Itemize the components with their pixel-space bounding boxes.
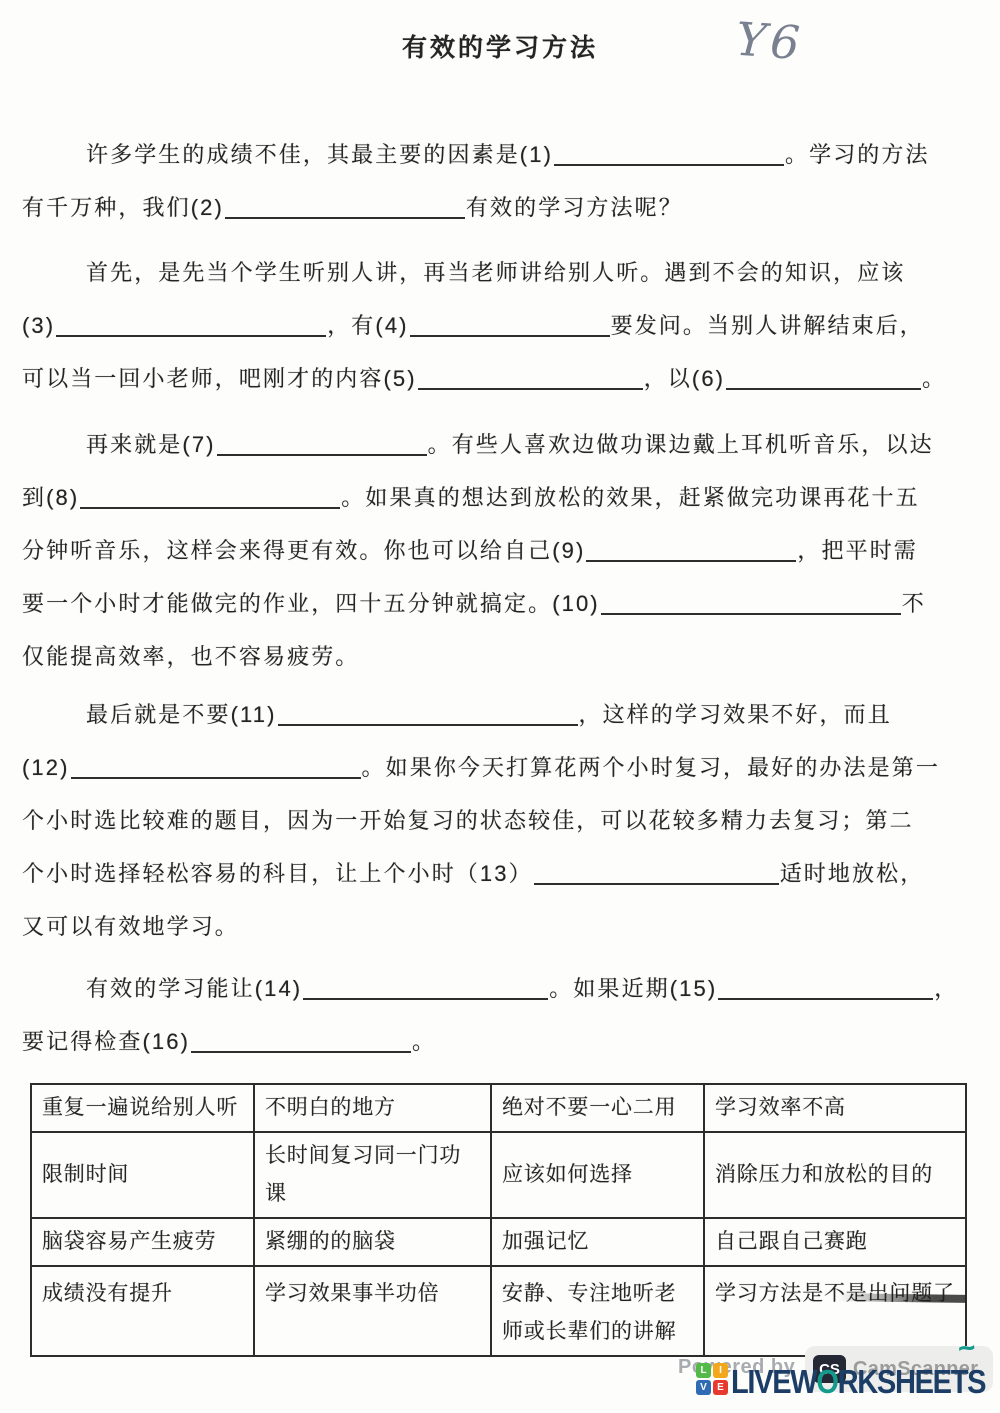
paragraph-2: 首先，是先当个学生听别人讲，再当老师讲给别人听。遇到不会的知识，应该(3)，有(… bbox=[22, 246, 972, 405]
paragraph-line: 个小时选择轻松容易的科目，让上个小时（13）适时地放松， bbox=[22, 847, 972, 900]
word-bank-cell: 自己跟自己赛跑 bbox=[704, 1218, 966, 1266]
text-segment: (3) bbox=[22, 313, 55, 338]
text-segment: ，这样的学习效果不好，而且 bbox=[579, 702, 892, 727]
word-bank-cell: 学习效果事半功倍 bbox=[254, 1266, 491, 1356]
word-bank-cell: 限制时间 bbox=[31, 1132, 254, 1218]
word-bank-row: 限制时间长时间复习同一门功课应该如何选择消除压力和放松的目的 bbox=[31, 1132, 966, 1218]
text-segment: (12) bbox=[22, 755, 70, 780]
text-segment: 首先，是先当个学生听别人讲，再当老师讲给别人听。遇到不会的知识，应该 bbox=[86, 260, 905, 285]
text-segment: 要记得检查(16) bbox=[22, 1029, 190, 1054]
paragraph-line: 又可以有效地学习。 bbox=[22, 900, 972, 953]
paragraph-line: 再来就是(7)。有些人喜欢边做功课边戴上耳机听音乐，以达 bbox=[22, 418, 972, 471]
word-bank-cell: 安静、专注地听老师或长辈们的讲解 bbox=[491, 1266, 704, 1356]
text-segment: 。有些人喜欢边做功课边戴上耳机听音乐，以达 bbox=[428, 432, 934, 457]
fill-in-blank-8[interactable] bbox=[80, 488, 340, 509]
text-segment: 。如果你今天打算花两个小时复习，最好的办法是第一 bbox=[362, 755, 940, 780]
text-segment: 有效的学习方法呢？ bbox=[466, 195, 683, 220]
word-bank-cell: 长时间复习同一门功课 bbox=[254, 1132, 491, 1218]
word-bank-row: 脑袋容易产生疲劳紧绷的的脑袋加强记忆自己跟自己赛跑 bbox=[31, 1218, 966, 1266]
paragraph-line: (3)，有(4)要发问。当别人讲解结束后， bbox=[22, 299, 972, 352]
paragraph-4: 最后就是不要(11)，这样的学习效果不好，而且(12)。如果你今天打算花两个小时… bbox=[22, 688, 972, 953]
paragraph-3: 再来就是(7)。有些人喜欢边做功课边戴上耳机听音乐，以达到(8)。如果真的想达到… bbox=[22, 418, 972, 683]
fill-in-blank-9[interactable] bbox=[586, 541, 796, 562]
logo-block-e: E bbox=[713, 1380, 728, 1395]
paragraph-line: 到(8)。如果真的想达到放松的效果，赶紧做完功课再花十五 bbox=[22, 471, 972, 524]
liveworksheets-logo[interactable]: LIVE LIVEWORKSHEETS bbox=[696, 1363, 1000, 1397]
logo-block-v: V bbox=[696, 1380, 711, 1395]
logo-letter-o: O bbox=[816, 1363, 837, 1400]
text-segment: 许多学生的成绩不佳，其最主要的因素是(1) bbox=[86, 142, 553, 167]
text-segment: 个小时选择轻松容易的科目，让上个小时（13） bbox=[22, 861, 533, 886]
logo-text-prefix: LIVEW bbox=[731, 1363, 816, 1400]
text-segment: ，有(4) bbox=[327, 313, 408, 338]
liveworksheets-blocks-icon: LIVE bbox=[696, 1363, 728, 1395]
word-bank-cell: 消除压力和放松的目的 bbox=[704, 1132, 966, 1218]
paragraph-line: 可以当一回小老师，吧刚才的内容(5)，以(6)。 bbox=[22, 352, 972, 405]
fill-in-blank-7[interactable] bbox=[217, 435, 427, 456]
paragraph-line: 有效的学习能让(14)。如果近期(15)， bbox=[22, 962, 972, 1015]
fill-in-blank-2[interactable] bbox=[225, 198, 465, 219]
text-segment: 。如果近期(15) bbox=[549, 976, 717, 1001]
paragraph-line: 要一个小时才能做完的作业，四十五分钟就搞定。(10)不 bbox=[22, 577, 972, 630]
fill-in-blank-16[interactable] bbox=[191, 1032, 411, 1053]
fill-in-blank-15[interactable] bbox=[718, 979, 933, 1000]
paragraph-line: 最后就是不要(11)，这样的学习效果不好，而且 bbox=[22, 688, 972, 741]
word-bank-row: 成绩没有提升学习效果事半功倍安静、专注地听老师或长辈们的讲解学习方法是不是出问题… bbox=[31, 1266, 966, 1356]
paragraph-line: 要记得检查(16)。 bbox=[22, 1015, 972, 1068]
paragraph-line: 有千万种，我们(2)有效的学习方法呢？ bbox=[22, 181, 972, 234]
text-segment: 要一个小时才能做完的作业，四十五分钟就搞定。(10) bbox=[22, 591, 600, 616]
text-segment: 有千万种，我们(2) bbox=[22, 195, 224, 220]
text-segment: 不 bbox=[902, 591, 926, 616]
text-segment: 到(8) bbox=[22, 485, 79, 510]
liveworksheets-wordmark: LIVEWORKSHEETS bbox=[731, 1366, 985, 1397]
fill-in-blank-4[interactable] bbox=[410, 316, 610, 337]
handwritten-grade-note: Y6 bbox=[734, 12, 805, 71]
text-segment: 可以当一回小老师，吧刚才的内容(5) bbox=[22, 366, 417, 391]
paragraph-line: 首先，是先当个学生听别人讲，再当老师讲给别人听。遇到不会的知识，应该 bbox=[22, 246, 972, 299]
word-bank-cell: 绝对不要一心二用 bbox=[491, 1084, 704, 1132]
fill-in-blank-1[interactable] bbox=[554, 145, 784, 166]
fill-in-blank-11[interactable] bbox=[278, 705, 578, 726]
word-bank-body: 重复一遍说给别人听不明白的地方绝对不要一心二用学习效率不高限制时间长时间复习同一… bbox=[31, 1084, 966, 1356]
word-bank-cell: 紧绷的的脑袋 bbox=[254, 1218, 491, 1266]
word-bank-cell: 学习方法是不是出问题了 bbox=[704, 1266, 966, 1356]
page-title: 有效的学习方法 bbox=[0, 28, 1000, 64]
paragraph-line: 个小时选比较难的题目，因为一开始复习的状态较佳，可以花较多精力去复习；第二 bbox=[22, 794, 972, 847]
word-bank-cell: 学习效率不高 bbox=[704, 1084, 966, 1132]
text-segment: 。 bbox=[412, 1029, 436, 1054]
text-segment: 再来就是(7) bbox=[86, 432, 216, 457]
fill-in-blank-13[interactable] bbox=[534, 864, 779, 885]
paragraph-line: (12)。如果你今天打算花两个小时复习，最好的办法是第一 bbox=[22, 741, 972, 794]
text-segment: 个小时选比较难的题目，因为一开始复习的状态较佳，可以花较多精力去复习；第二 bbox=[22, 808, 914, 833]
paragraph-1: 许多学生的成绩不佳，其最主要的因素是(1)。学习的方法有千万种，我们(2)有效的… bbox=[22, 128, 972, 234]
text-segment: 。学习的方法 bbox=[785, 142, 930, 167]
paragraph-line: 仅能提高效率，也不容易疲劳。 bbox=[22, 630, 972, 683]
word-bank-cell: 加强记忆 bbox=[491, 1218, 704, 1266]
word-bank-cell: 应该如何选择 bbox=[491, 1132, 704, 1218]
text-segment: 仅能提高效率，也不容易疲劳。 bbox=[22, 644, 359, 669]
logo-tilde-accent: ~ bbox=[956, 1331, 978, 1367]
word-bank-cell: 脑袋容易产生疲劳 bbox=[31, 1218, 254, 1266]
logo-block-i: I bbox=[713, 1363, 728, 1378]
text-segment: 。 bbox=[922, 366, 946, 391]
text-segment: ，把平时需 bbox=[797, 538, 918, 563]
word-bank-cell: 成绩没有提升 bbox=[31, 1266, 254, 1356]
worksheet-page: 有效的学习方法 Y6 许多学生的成绩不佳，其最主要的因素是(1)。学习的方法有千… bbox=[0, 0, 1000, 1413]
word-bank-table: 重复一遍说给别人听不明白的地方绝对不要一心二用学习效率不高限制时间长时间复习同一… bbox=[30, 1083, 967, 1357]
fill-in-blank-6[interactable] bbox=[726, 369, 921, 390]
text-segment: 又可以有效地学习。 bbox=[22, 914, 239, 939]
logo-block-l: L bbox=[696, 1363, 711, 1378]
fill-in-blank-3[interactable] bbox=[56, 316, 326, 337]
text-segment: 适时地放松， bbox=[780, 861, 925, 886]
word-bank-cell: 重复一遍说给别人听 bbox=[31, 1084, 254, 1132]
text-segment: ，以(6) bbox=[644, 366, 725, 391]
fill-in-blank-12[interactable] bbox=[71, 758, 361, 779]
fill-in-blank-5[interactable] bbox=[418, 369, 643, 390]
text-segment: 要发问。当别人讲解结束后， bbox=[611, 313, 924, 338]
text-segment: 有效的学习能让(14) bbox=[86, 976, 302, 1001]
text-segment: 分钟听音乐，这样会来得更有效。你也可以给自己(9) bbox=[22, 538, 585, 563]
paragraph-line: 分钟听音乐，这样会来得更有效。你也可以给自己(9)，把平时需 bbox=[22, 524, 972, 577]
logo-text-suffix: RKSHEETS bbox=[838, 1363, 986, 1400]
text-segment: 。如果真的想达到放松的效果，赶紧做完功课再花十五 bbox=[341, 485, 919, 510]
paragraph-5: 有效的学习能让(14)。如果近期(15)，要记得检查(16)。 bbox=[22, 962, 972, 1068]
fill-in-blank-10[interactable] bbox=[601, 594, 901, 615]
fill-in-blank-14[interactable] bbox=[303, 979, 548, 1000]
paragraph-line: 许多学生的成绩不佳，其最主要的因素是(1)。学习的方法 bbox=[22, 128, 972, 181]
word-bank-row: 重复一遍说给别人听不明白的地方绝对不要一心二用学习效率不高 bbox=[31, 1084, 966, 1132]
word-bank-cell: 不明白的地方 bbox=[254, 1084, 491, 1132]
text-segment: 最后就是不要(11) bbox=[86, 702, 277, 727]
text-segment: ， bbox=[934, 976, 958, 1001]
